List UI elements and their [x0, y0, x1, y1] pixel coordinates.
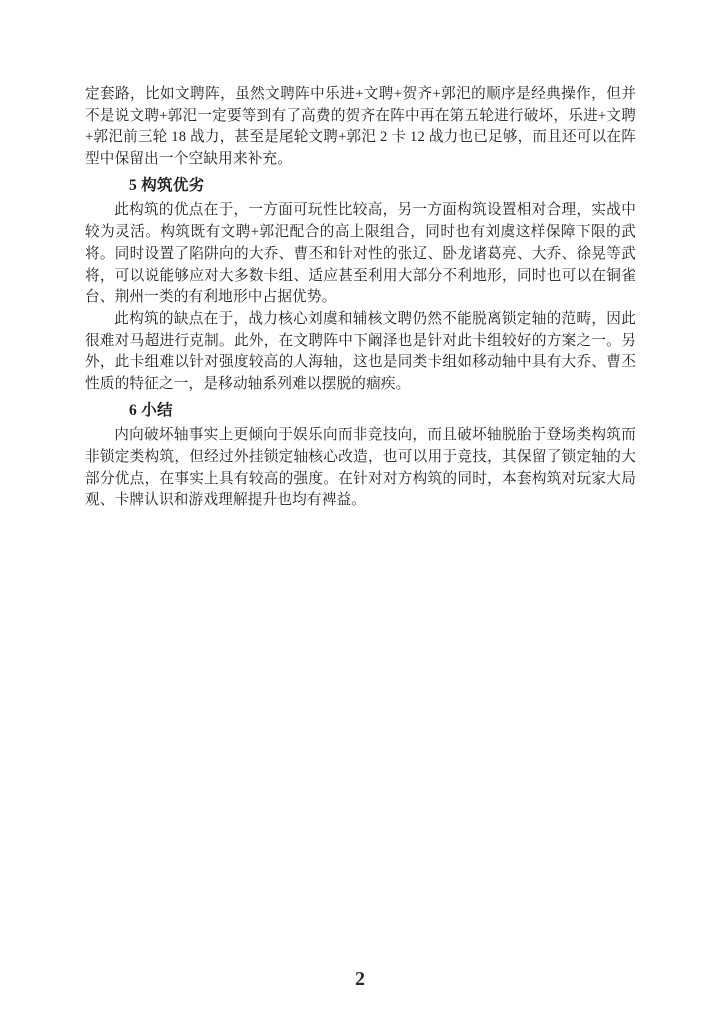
section-heading-summary: 6 小结: [85, 402, 636, 421]
paragraph-summary: 内向破坏轴事实上更倾向于娱乐向而非竞技向，而且破坏轴脱胎于登场类构筑而非锁定类构…: [85, 425, 636, 512]
page-number: 2: [0, 968, 720, 991]
text-block: 定套路，比如文聘阵，虽然文聘阵中乐进+文聘+贺齐+郭汜的顺序是经典操作，但并不是…: [85, 84, 636, 512]
paragraph-cons: 此构筑的缺点在于，战力核心刘虞和辅核文聘仍然不能脱离锁定轴的范畴，因此很难对马超…: [85, 309, 636, 396]
paragraph-pros: 此构筑的优点在于，一方面可玩性比较高，另一方面构筑设置相对合理，实战中较为灵活。…: [85, 200, 636, 309]
paragraph-intro-continuation: 定套路，比如文聘阵，虽然文聘阵中乐进+文聘+贺齐+郭汜的顺序是经典操作，但并不是…: [85, 84, 636, 171]
document-page: 定套路，比如文聘阵，虽然文聘阵中乐进+文聘+贺齐+郭汜的顺序是经典操作，但并不是…: [0, 0, 720, 1018]
section-heading-pros-cons: 5 构筑优劣: [85, 177, 636, 196]
